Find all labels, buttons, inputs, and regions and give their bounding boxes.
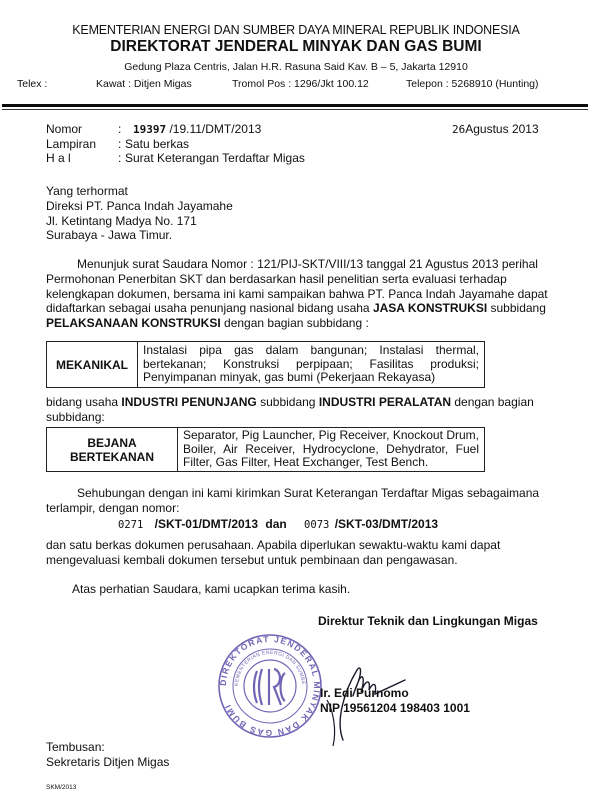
telex-label: Telex : — [17, 78, 47, 90]
paragraph-line: PELAKSANAAN KONSTRUKSI dengan bagian sub… — [46, 316, 484, 331]
letterhead-rule-thin — [2, 109, 588, 110]
footer-reference: SKM/2013 — [46, 784, 76, 791]
signatory-name: Ir. Edi Purnomo — [320, 686, 409, 700]
letter-date: 26Agustus 2013 — [452, 122, 539, 138]
letterhead-rule — [2, 104, 588, 107]
subbidang-table-mekanikal: MEKANIKAL Instalasi pipa gas dalam bangu… — [46, 341, 485, 388]
subbidang-industri-peralatan: INDUSTRI PERALATAN — [319, 395, 451, 409]
paragraph-line: Sehubungan dengan ini kami kirimkan Sura… — [46, 486, 484, 501]
skt-numbers: 0271 /SKT-01/DMT/2013 dan 0073 /SKT-03/D… — [118, 517, 438, 531]
paragraph-line: didaftarkan sebagai usaha penunjang nasi… — [46, 301, 484, 316]
nomor-suffix: /19.11/DMT/2013 — [166, 122, 261, 136]
paragraph-1: Menunjuk surat Saudara Nomor : 121/PIJ-S… — [46, 257, 484, 331]
text: dengan bagian subbidang : — [221, 316, 369, 330]
bidang-industri-penunjang: INDUSTRI PENUNJANG — [121, 395, 256, 409]
paragraph-line: subbidang: — [46, 410, 484, 425]
lampiran-label: Lampiran — [46, 137, 96, 152]
text: didaftarkan sebagai usaha penunjang nasi… — [46, 301, 373, 315]
date-month-year: Agustus 2013 — [465, 122, 538, 136]
paragraph-line: dan satu berkas dokumen perusahaan. Apab… — [46, 538, 484, 553]
nomor-number: 19397 — [133, 123, 166, 136]
text: subbidang — [257, 395, 319, 409]
table-key: MEKANIKAL — [47, 342, 138, 388]
signatory-title: Direktur Teknik dan Lingkungan Migas — [318, 614, 538, 628]
directorate-name: DIREKTORAT JENDERAL MINYAK DAN GAS BUMI — [0, 38, 592, 56]
paragraph-line: kelengkapan dokumen, bersama ini kami sa… — [46, 287, 484, 302]
colon: : — [118, 151, 121, 166]
closing-sentence: Atas perhatian Saudara, kami ucapkan ter… — [72, 582, 350, 596]
paragraph-4: dan satu berkas dokumen perusahaan. Apab… — [46, 538, 484, 568]
recipient-line: Direksi PT. Panca Indah Jayamahe — [46, 199, 233, 214]
hal-label: H a l — [46, 151, 71, 166]
paragraph-line: bidang usaha INDUSTRI PENUNJANG subbidan… — [46, 395, 484, 410]
paragraph-3: Sehubungan dengan ini kami kirimkan Sura… — [46, 486, 484, 516]
kawat-info: Kawat : Ditjen Migas — [96, 78, 192, 90]
signatory-nip: NIP 19561204 198403 1001 — [320, 701, 470, 715]
subbidang-table-bejana: BEJANA BERTEKANAN Separator, Pig Launche… — [46, 427, 485, 472]
recipient-line: Yang terhormat — [46, 184, 233, 199]
signature-icon — [315, 650, 415, 750]
text: dengan bagian — [451, 395, 534, 409]
bidang-jasa-konstruksi: JASA KONSTRUKSI — [373, 301, 487, 315]
ministry-name: KEMENTERIAN ENERGI DAN SUMBER DAYA MINER… — [0, 23, 592, 37]
skt-number-1: 0271 — [118, 519, 143, 531]
paragraph-line: mengevaluasi kembali dokumen tersebut un… — [46, 553, 484, 568]
recipient-line: Surabaya - Jawa Timur. — [46, 228, 233, 243]
office-address: Gedung Plaza Centris, Jalan H.R. Rasuna … — [0, 61, 592, 73]
text: subbidang — [487, 301, 546, 315]
date-day: 26 — [452, 123, 465, 136]
cc-label: Tembusan: — [46, 740, 169, 755]
carbon-copy-block: Tembusan: Sekretaris Ditjen Migas — [46, 740, 169, 770]
hal-value: Surat Keterangan Terdaftar Migas — [125, 151, 305, 166]
colon: : — [118, 137, 121, 152]
table-key: BEJANA BERTEKANAN — [47, 428, 178, 472]
colon: : — [118, 122, 121, 137]
paragraph-line: Permohonan Penerbitan SKT dan berdasarka… — [46, 272, 484, 287]
paragraph-line: Menunjuk surat Saudara Nomor : 121/PIJ-S… — [46, 257, 484, 272]
skt-code-2: /SKT-03/DMT/2013 — [335, 517, 438, 531]
table-value: Separator, Pig Launcher, Pig Receiver, K… — [178, 428, 485, 472]
telepon-info: Telepon : 5268910 (Hunting) — [406, 78, 539, 90]
nomor-label: Nomor — [46, 122, 82, 137]
official-stamp-icon: DIREKTORAT JENDERAL MINYAK DAN GAS BUMI … — [217, 633, 323, 739]
cc-recipient: Sekretaris Ditjen Migas — [46, 755, 169, 770]
paragraph-2: bidang usaha INDUSTRI PENUNJANG subbidan… — [46, 395, 484, 425]
lampiran-value: Satu berkas — [125, 137, 189, 152]
subbidang-pelaksanaan-konstruksi: PELAKSANAAN KONSTRUKSI — [46, 316, 221, 330]
skt-code-1: /SKT-01/DMT/2013 — [155, 517, 258, 531]
skt-number-2: 0073 — [304, 519, 329, 531]
paragraph-line: terlampir, dengan nomor: — [46, 501, 484, 516]
nomor-value: 19397 /19.11/DMT/2013 — [133, 122, 261, 138]
recipient-block: Yang terhormat Direksi PT. Panca Indah J… — [46, 184, 233, 243]
tromol-info: Tromol Pos : 1296/Jkt 100.12 — [232, 78, 369, 90]
skt-joiner: dan — [265, 517, 286, 531]
table-value: Instalasi pipa gas dalam bangunan; Insta… — [138, 342, 485, 388]
recipient-line: Jl. Ketintang Madya No. 171 — [46, 214, 233, 229]
text: bidang usaha — [46, 395, 121, 409]
